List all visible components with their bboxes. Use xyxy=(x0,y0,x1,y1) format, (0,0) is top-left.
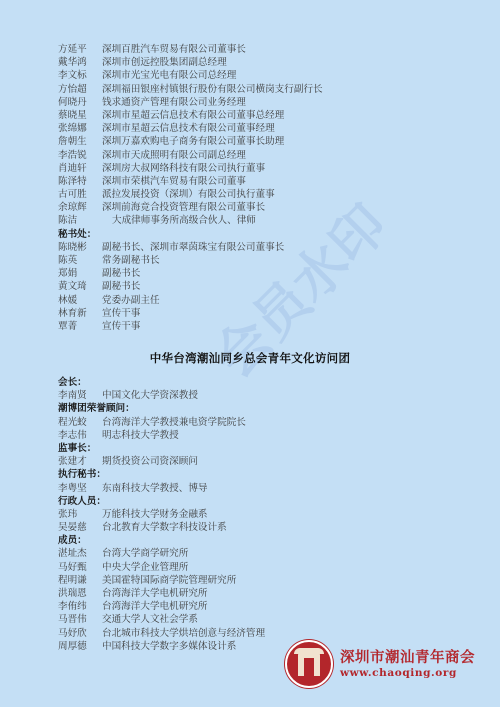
member-name: 李文标 xyxy=(58,69,102,82)
member-name: 李粤坚 xyxy=(58,482,102,495)
member-title: 台湾海洋大学电机研究所 xyxy=(102,587,208,600)
member-title: 大成律师事务所高级合伙人、律师 xyxy=(102,214,256,227)
member-title: 中央大学企业管理所 xyxy=(102,561,188,574)
member-title: 台湾大学商学研究所 xyxy=(102,547,188,560)
member-row: 蔡晓星深圳市星超云信息技术有限公司董事总经理 xyxy=(58,109,323,122)
member-name: 李志伟 xyxy=(58,429,102,442)
member-title: 期货投资公司资深顾问 xyxy=(102,455,198,468)
member-row: 陈洁大成律师事务所高级合伙人、律师 xyxy=(58,214,323,227)
member-row: 湛址杰台湾大学商学研究所 xyxy=(58,547,265,560)
member-name: 周厚德 xyxy=(58,640,102,653)
member-title: 副秘书长 xyxy=(102,280,140,293)
member-title: 深圳市创远控股集团副总经理 xyxy=(102,56,227,69)
group-heading: 行政人员： xyxy=(58,495,265,508)
member-name: 程明谦 xyxy=(58,574,102,587)
member-name: 李侑纬 xyxy=(58,600,102,613)
member-row: 戴华鸿深圳市创远控股集团副总经理 xyxy=(58,56,323,69)
member-name: 洪瑞恩 xyxy=(58,587,102,600)
member-title: 钱求通资产管理有限公司业务经理 xyxy=(102,96,246,109)
member-name: 戴华鸿 xyxy=(58,56,102,69)
group-heading: 会长： xyxy=(58,376,265,389)
member-name: 马晋伟 xyxy=(58,613,102,626)
member-name: 程光蛟 xyxy=(58,416,102,429)
member-row: 郑娟副秘书长 xyxy=(58,267,323,280)
member-title: 宣传干事 xyxy=(102,307,140,320)
member-row: 马妤欣台北城市科技大学烘培创意与经济管理 xyxy=(58,627,265,640)
member-name: 林媛 xyxy=(58,294,102,307)
member-title: 深圳市天成照明有限公司副总经理 xyxy=(102,149,246,162)
member-row: 李侑纬台湾海洋大学电机研究所 xyxy=(58,600,265,613)
member-name: 陈洁 xyxy=(58,214,102,227)
member-title: 中国文化大学资深教授 xyxy=(102,389,198,402)
member-title: 深圳市荣棋汽车贸易有限公司董事 xyxy=(102,175,246,188)
member-row: 余琼辉深圳前海竞合投资管理有限公司董事长 xyxy=(58,201,323,214)
member-title: 深圳福田银座村镇银行股份有限公司横岗支行副行长 xyxy=(102,83,323,96)
member-title: 深圳市光宝光电有限公司总经理 xyxy=(102,69,236,82)
member-title: 深圳百胜汽车贸易有限公司董事长 xyxy=(102,43,246,56)
member-row: 陈英常务副秘书长 xyxy=(58,254,323,267)
member-title: 宣传干事 xyxy=(102,320,140,333)
member-row: 李粤坚东南科技大学教授、博导 xyxy=(58,482,265,495)
group-heading: 执行秘书： xyxy=(58,468,265,481)
group-heading: 监事长： xyxy=(58,442,265,455)
member-name: 蔡晓星 xyxy=(58,109,102,122)
member-row: 黄文琦副秘书长 xyxy=(58,280,323,293)
member-title: 台北教育大学数字科技设计系 xyxy=(102,521,227,534)
member-name: 张玮 xyxy=(58,508,102,521)
member-row: 李浩锐深圳市天成照明有限公司副总经理 xyxy=(58,149,323,162)
member-name: 李南贤 xyxy=(58,389,102,402)
member-title: 深圳市星超云信息技术有限公司董事总经理 xyxy=(102,109,284,122)
member-title: 万能科技大学财务金融系 xyxy=(102,508,208,521)
member-title: 深圳市星超云信息技术有限公司董事经理 xyxy=(102,122,275,135)
member-row: 方延平深圳百胜汽车贸易有限公司董事长 xyxy=(58,43,323,56)
member-name: 陈晓彬 xyxy=(58,241,102,254)
member-name: 何晓丹 xyxy=(58,96,102,109)
member-name: 林育新 xyxy=(58,307,102,320)
member-name: 马妤欣 xyxy=(58,627,102,640)
footer-logo: 深圳市潮汕青年商会 www.chaoqing.org xyxy=(285,640,475,688)
member-title: 深圳万嘉欢购电子商务有限公司董事长助理 xyxy=(102,135,284,148)
member-row: 方怡超深圳福田银座村镇银行股份有限公司横岗支行副行长 xyxy=(58,83,323,96)
member-name: 陈英 xyxy=(58,254,102,267)
first-section: 方延平深圳百胜汽车贸易有限公司董事长 戴华鸿深圳市创远控股集团副总经理 李文标深… xyxy=(58,43,323,333)
member-name: 马好甄 xyxy=(58,561,102,574)
member-row: 程明谦美国霍特国际商学院管理研究所 xyxy=(58,574,265,587)
member-row: 吴晏慈台北教育大学数字科技设计系 xyxy=(58,521,265,534)
member-title: 深圳前海竞合投资管理有限公司董事长 xyxy=(102,201,265,214)
member-row: 张绵娜深圳市星超云信息技术有限公司董事经理 xyxy=(58,122,323,135)
member-name: 余琼辉 xyxy=(58,201,102,214)
member-title: 党委办副主任 xyxy=(102,294,160,307)
member-title: 副秘书长 xyxy=(102,267,140,280)
member-name: 陈泽特 xyxy=(58,175,102,188)
member-row: 林育新宣传干事 xyxy=(58,307,323,320)
member-row: 马晋伟交通大学人文社会学系 xyxy=(58,613,265,626)
group-heading: 潮博团荣誉顾问： xyxy=(58,402,265,415)
member-row: 张建才期货投资公司资深顾问 xyxy=(58,455,265,468)
member-row: 古可胜派拉发展投资（深圳）有限公司执行董事 xyxy=(58,188,323,201)
org-url: www.chaoqing.org xyxy=(340,666,475,680)
chamber-emblem-icon xyxy=(285,640,333,688)
member-name: 方延平 xyxy=(58,43,102,56)
document-page: 会员水印 方延平深圳百胜汽车贸易有限公司董事长 戴华鸿深圳市创远控股集团副总经理… xyxy=(0,0,500,707)
member-name: 李浩锐 xyxy=(58,149,102,162)
section-title: 中华台湾潮汕同乡总会青年文化访问团 xyxy=(0,350,500,366)
member-title: 派拉发展投资（深圳）有限公司执行董事 xyxy=(102,188,275,201)
secretariat-heading: 秘书处： xyxy=(58,228,323,241)
member-row: 林媛党委办副主任 xyxy=(58,294,323,307)
member-row: 张玮万能科技大学财务金融系 xyxy=(58,508,265,521)
member-title: 台北城市科技大学烘培创意与经济管理 xyxy=(102,627,265,640)
member-name: 古可胜 xyxy=(58,188,102,201)
member-row: 李南贤中国文化大学资深教授 xyxy=(58,389,265,402)
second-section: 会长： 李南贤中国文化大学资深教授 潮博团荣誉顾问： 程光蛟台湾海洋大学教授兼电… xyxy=(58,376,265,653)
member-row: 马好甄中央大学企业管理所 xyxy=(58,561,265,574)
member-title: 东南科技大学教授、博导 xyxy=(102,482,208,495)
member-row: 詹朝生深圳万嘉欢购电子商务有限公司董事长助理 xyxy=(58,135,323,148)
group-heading: 成员： xyxy=(58,534,265,547)
member-row: 李文标深圳市光宝光电有限公司总经理 xyxy=(58,69,323,82)
member-title: 美国霍特国际商学院管理研究所 xyxy=(102,574,236,587)
member-row: 陈泽特深圳市荣棋汽车贸易有限公司董事 xyxy=(58,175,323,188)
member-title: 深圳房大叔网络科技有限公司执行董事 xyxy=(102,162,265,175)
member-name: 覃菁 xyxy=(58,320,102,333)
member-title: 台湾海洋大学电机研究所 xyxy=(102,600,208,613)
member-name: 詹朝生 xyxy=(58,135,102,148)
member-row: 李志伟明志科技大学教授 xyxy=(58,429,265,442)
member-title: 台湾海洋大学教授兼电资学院院长 xyxy=(102,416,246,429)
member-name: 肖迪轩 xyxy=(58,162,102,175)
org-name: 深圳市潮汕青年商会 xyxy=(340,649,475,666)
member-name: 黄文琦 xyxy=(58,280,102,293)
member-title: 常务副秘书长 xyxy=(102,254,160,267)
member-row: 洪瑞恩台湾海洋大学电机研究所 xyxy=(58,587,265,600)
member-title: 明志科技大学教授 xyxy=(102,429,179,442)
member-row: 肖迪轩深圳房大叔网络科技有限公司执行董事 xyxy=(58,162,323,175)
member-row: 何晓丹钱求通资产管理有限公司业务经理 xyxy=(58,96,323,109)
member-name: 吴晏慈 xyxy=(58,521,102,534)
member-name: 郑娟 xyxy=(58,267,102,280)
member-title: 副秘书长、深圳市翠茵珠宝有限公司董事长 xyxy=(102,241,284,254)
member-title: 中国科技大学数字多媒体设计系 xyxy=(102,640,236,653)
member-name: 张绵娜 xyxy=(58,122,102,135)
member-name: 张建才 xyxy=(58,455,102,468)
member-row: 周厚德中国科技大学数字多媒体设计系 xyxy=(58,640,265,653)
member-name: 湛址杰 xyxy=(58,547,102,560)
member-name: 方怡超 xyxy=(58,83,102,96)
member-row: 陈晓彬副秘书长、深圳市翠茵珠宝有限公司董事长 xyxy=(58,241,323,254)
member-row: 程光蛟台湾海洋大学教授兼电资学院院长 xyxy=(58,416,265,429)
member-title: 交通大学人文社会学系 xyxy=(102,613,198,626)
member-row: 覃菁宣传干事 xyxy=(58,320,323,333)
